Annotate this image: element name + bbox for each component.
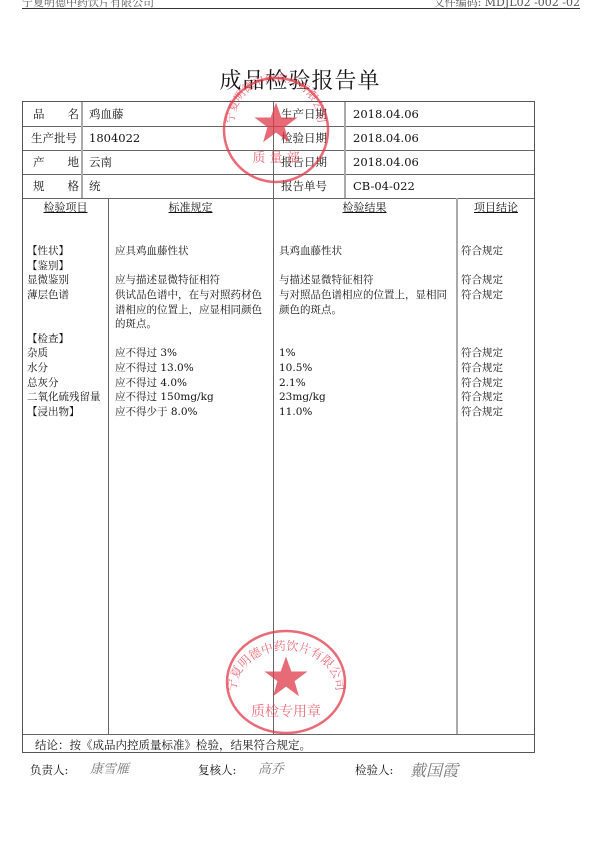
cell-conclusion [461,259,503,274]
value-origin: 云南 [89,150,112,174]
value-inspection-date: 2018.04.06 [353,126,419,150]
divider [273,102,274,198]
cell-item: 【浸出物】 [27,405,101,420]
cell-conclusion: 符合规定 [461,346,503,361]
cell-result: 与对照品色谱相应的位置上，显相同 [279,288,447,303]
cell-standard: 应具鸡血藤性状 [115,244,262,259]
report-table: 品名 鸡血藤 生产批号 1804022 产地 云南 规格 统 生产日期 2018… [22,101,535,753]
cell-conclusion: 符合规定 [461,361,503,376]
column-results: 具鸡血藤性状 与描述显微特征相符与对照品色谱相应的位置上，显相同颜色的斑点。 1… [279,215,447,419]
label-origin: 产地 [33,150,79,174]
cell-conclusion: 符合规定 [461,376,503,391]
cell-conclusion [461,215,503,230]
cell-conclusion [461,230,503,245]
cell-item [27,215,101,230]
cell-result: 与描述显微特征相符 [279,273,447,288]
cell-conclusion [461,317,503,332]
value-spec: 统 [89,174,101,198]
document-code: 文件编码: MDJL02 -002 -02 [434,0,580,10]
divider [23,734,534,735]
column-standards: 应具鸡血藤性状 应与描述显微特征相符供试品色谱中，在与对照药材色谱相应的位置上，… [115,215,262,419]
cell-standard: 的斑点。 [115,317,262,332]
column-items: 【性状】【鉴别】显微鉴别薄层色谱 【检查】杂质水分总灰分二氧化硫残留量【浸出物】 [27,215,101,419]
cell-item: 总灰分 [27,376,101,391]
divider [344,102,346,198]
divider [108,198,109,734]
label-report-date: 报告日期 [281,150,327,174]
cell-result: 颜色的斑点。 [279,303,447,318]
label-char: 地 [68,150,80,174]
cell-conclusion: 符合规定 [461,273,503,288]
cell-result [279,230,447,245]
responsible-signature: 康雪雁 [90,758,129,777]
label-char: 品 [33,102,45,126]
column-header-conclusion: 项目结论 [456,201,536,215]
page-title: 成品检验报告单 [0,64,600,95]
label-production-date: 生产日期 [281,102,327,126]
page-header: 宁夏明德中药饮片有限公司 文件编码: MDJL02 -002 -02 [22,0,580,9]
cell-item [27,317,101,332]
cell-result [279,215,447,230]
cell-standard: 应不得过 4.0% [115,376,262,391]
cell-result: 具鸡血藤性状 [279,244,447,259]
column-header-item: 检验项目 [23,201,108,215]
cell-standard [115,215,262,230]
inspector-signature: 戴国霞 [410,758,458,781]
value-batch-no: 1804022 [89,126,140,150]
cell-item [27,230,101,245]
cell-result [279,317,447,332]
cell-standard: 应不得过 150mg/kg [115,390,262,405]
value-product-name: 鸡血藤 [89,102,124,126]
cell-standard: 应不得少于 8.0% [115,405,262,420]
cell-item: 二氧化硫残留量 [27,390,101,405]
cell-result [279,259,447,274]
value-report-no: CB-04-022 [353,174,415,198]
cell-standard [115,332,262,347]
conclusion-statement: 结论：按《成品内控质量标准》检验，结果符合规定。 [35,736,311,754]
inspector-label: 检验人: [355,762,393,778]
cell-result [279,332,447,347]
cell-standard: 应不得过 3% [115,346,262,361]
cell-standard: 供试品色谱中，在与对照药材色 [115,288,262,303]
cell-item: 水分 [27,361,101,376]
cell-item: 【检查】 [27,332,101,347]
cell-result: 11.0% [279,405,447,420]
label-char: 规 [33,174,45,198]
cell-conclusion: 符合规定 [461,405,503,420]
cell-result: 1% [279,346,447,361]
divider [273,198,274,734]
reviewer-signature: 高乔 [258,758,284,777]
label-char: 格 [68,174,80,198]
cell-item [27,303,101,318]
company-name: 宁夏明德中药饮片有限公司 [22,0,154,10]
cell-conclusion: 符合规定 [461,244,503,259]
cell-standard: 应与描述显微特征相符 [115,273,262,288]
column-conclusions: 符合规定 符合规定符合规定 符合规定符合规定符合规定符合规定符合规定 [461,215,503,419]
responsible-label: 负责人: [30,762,68,778]
label-char: 产 [33,150,45,174]
label-char: 名 [68,102,80,126]
label-report-no: 报告单号 [281,174,327,198]
cell-result: 2.1% [279,376,447,391]
cell-standard [115,259,262,274]
cell-result: 10.5% [279,361,447,376]
label-batch-no: 生产批号 [31,126,77,150]
cell-standard: 谱相应的位置上，应显相同颜色 [115,303,262,318]
cell-result: 23mg/kg [279,390,447,405]
label-inspection-date: 检验日期 [281,126,327,150]
cell-conclusion [461,332,503,347]
reviewer-label: 复核人: [198,762,236,778]
label-product-name: 品名 [33,102,79,126]
cell-conclusion: 符合规定 [461,288,503,303]
cell-item: 薄层色谱 [27,288,101,303]
cell-item: 杂质 [27,346,101,361]
cell-item: 【性状】 [27,244,101,259]
cell-item: 显微鉴别 [27,273,101,288]
cell-conclusion [461,303,503,318]
divider [81,102,83,198]
cell-standard: 应不得过 13.0% [115,361,262,376]
value-production-date: 2018.04.06 [353,102,419,126]
divider [456,198,458,734]
cell-conclusion: 符合规定 [461,390,503,405]
cell-item: 【鉴别】 [27,259,101,274]
column-header-result: 检验结果 [273,201,456,215]
label-spec: 规格 [33,174,79,198]
column-header-standard: 标准规定 [108,201,273,215]
value-report-date: 2018.04.06 [353,150,419,174]
cell-standard [115,230,262,245]
